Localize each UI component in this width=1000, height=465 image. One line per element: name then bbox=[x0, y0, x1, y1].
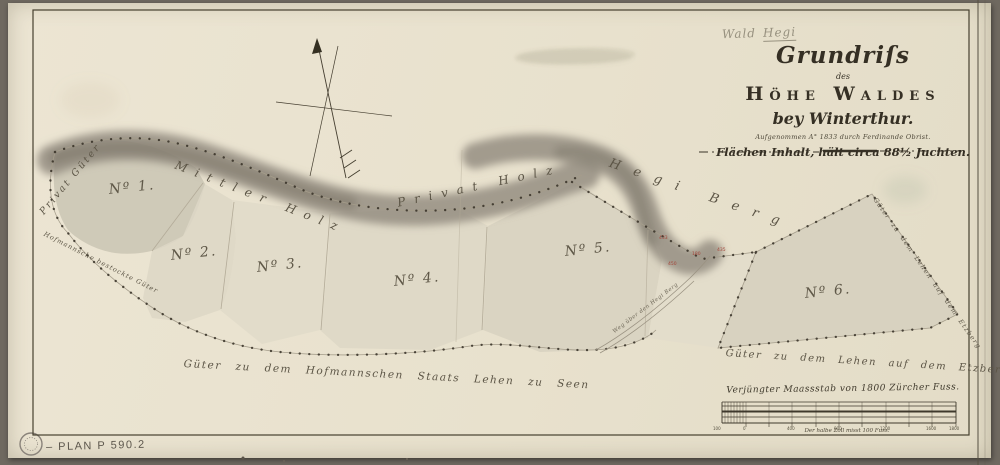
title-des: des bbox=[702, 72, 984, 81]
scale-tick-label: 0 bbox=[743, 426, 746, 431]
scale-tick-label: 1200 bbox=[880, 426, 890, 431]
title-place: bey Winterthur. bbox=[702, 109, 984, 128]
archive-stamp bbox=[20, 433, 42, 455]
title-forest-name: Höhe Waldes bbox=[702, 83, 984, 105]
scale-tick-label: 800 bbox=[834, 426, 842, 431]
survey-number: 180 bbox=[692, 252, 701, 257]
pencil-word-2: Hegi bbox=[763, 25, 797, 42]
pencil-word-1: Wald bbox=[722, 26, 756, 41]
scanned-map-sheet: WaldHegi Grundriſs des Höhe Waldes bey W… bbox=[0, 0, 1000, 465]
map-title: Grundriſs bbox=[702, 42, 984, 69]
scale-tick-label: 1800 bbox=[949, 426, 959, 431]
scale-tick-label: 100 bbox=[713, 426, 721, 431]
scale-bar bbox=[722, 402, 956, 427]
title-block: Grundriſs des Höhe Waldes bey Winterthur… bbox=[702, 42, 984, 159]
pencil-annotation: WaldHegi bbox=[722, 25, 797, 42]
survey-number: 433 bbox=[659, 236, 668, 241]
title-area-note: Flächen Inhalt, hält circa 88½ Juchten. bbox=[702, 145, 984, 159]
scale-tick-label: 1600 bbox=[926, 426, 936, 431]
survey-number: 450 bbox=[668, 262, 677, 267]
title-survey-note: Aufgenommen A° 1833 durch Ferdinande Obr… bbox=[702, 133, 984, 141]
scale-tick-label: 400 bbox=[787, 426, 795, 431]
survey-number: 435 bbox=[717, 248, 726, 253]
compass-rose bbox=[276, 38, 392, 178]
